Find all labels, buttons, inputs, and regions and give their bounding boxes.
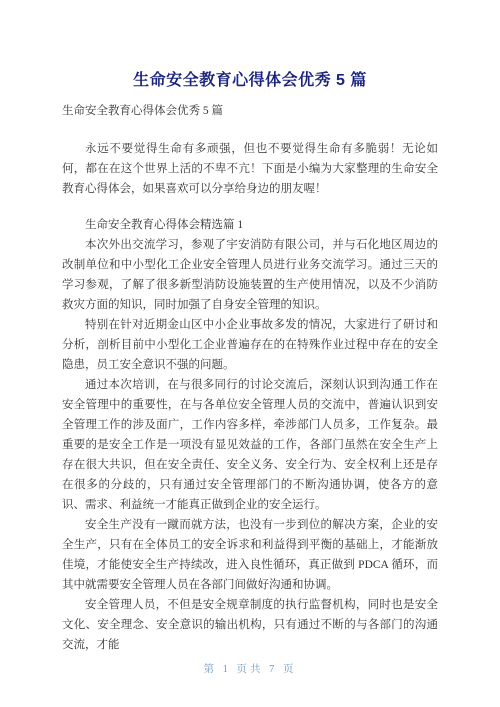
page-title: 生命安全教育心得体会优秀 5 篇: [62, 70, 438, 92]
body-paragraph-2: 特别在针对近期金山区中小企业事故多发的情况，大家进行了研讨和分析，剖析目前中小型…: [62, 315, 438, 375]
document-subtitle: 生命安全教育心得体会优秀 5 篇: [62, 103, 438, 119]
body-paragraph-3: 通过本次培训，在与很多同行的讨论交流后，深刻认识到沟通工作在安全管理中的重要性，…: [62, 375, 438, 515]
body-paragraph-4: 安全生产没有一蹴而就方法，也没有一步到位的解决方案，企业的安全生产，只有在全体员…: [62, 515, 438, 595]
body-paragraph-1: 本次外出交流学习，参观了宇安消防有限公司，并与石化地区周边的改制单位和中小型化工…: [62, 235, 438, 315]
document-page: 生命安全教育心得体会优秀 5 篇 生命安全教育心得体会优秀 5 篇 永远不要觉得…: [0, 0, 500, 707]
section-heading: 生命安全教育心得体会精选篇 1: [62, 215, 438, 235]
intro-paragraph: 永远不要觉得生命有多顽强，但也不要觉得生命有多脆弱！无论如何，都在在这个世界上活…: [62, 139, 438, 199]
body-paragraph-5: 安全管理人员，不但是安全规章制度的执行监督机构，同时也是安全文化、安全理念、安全…: [62, 595, 438, 655]
page-footer: 第 1 页共 7 页: [62, 663, 438, 677]
